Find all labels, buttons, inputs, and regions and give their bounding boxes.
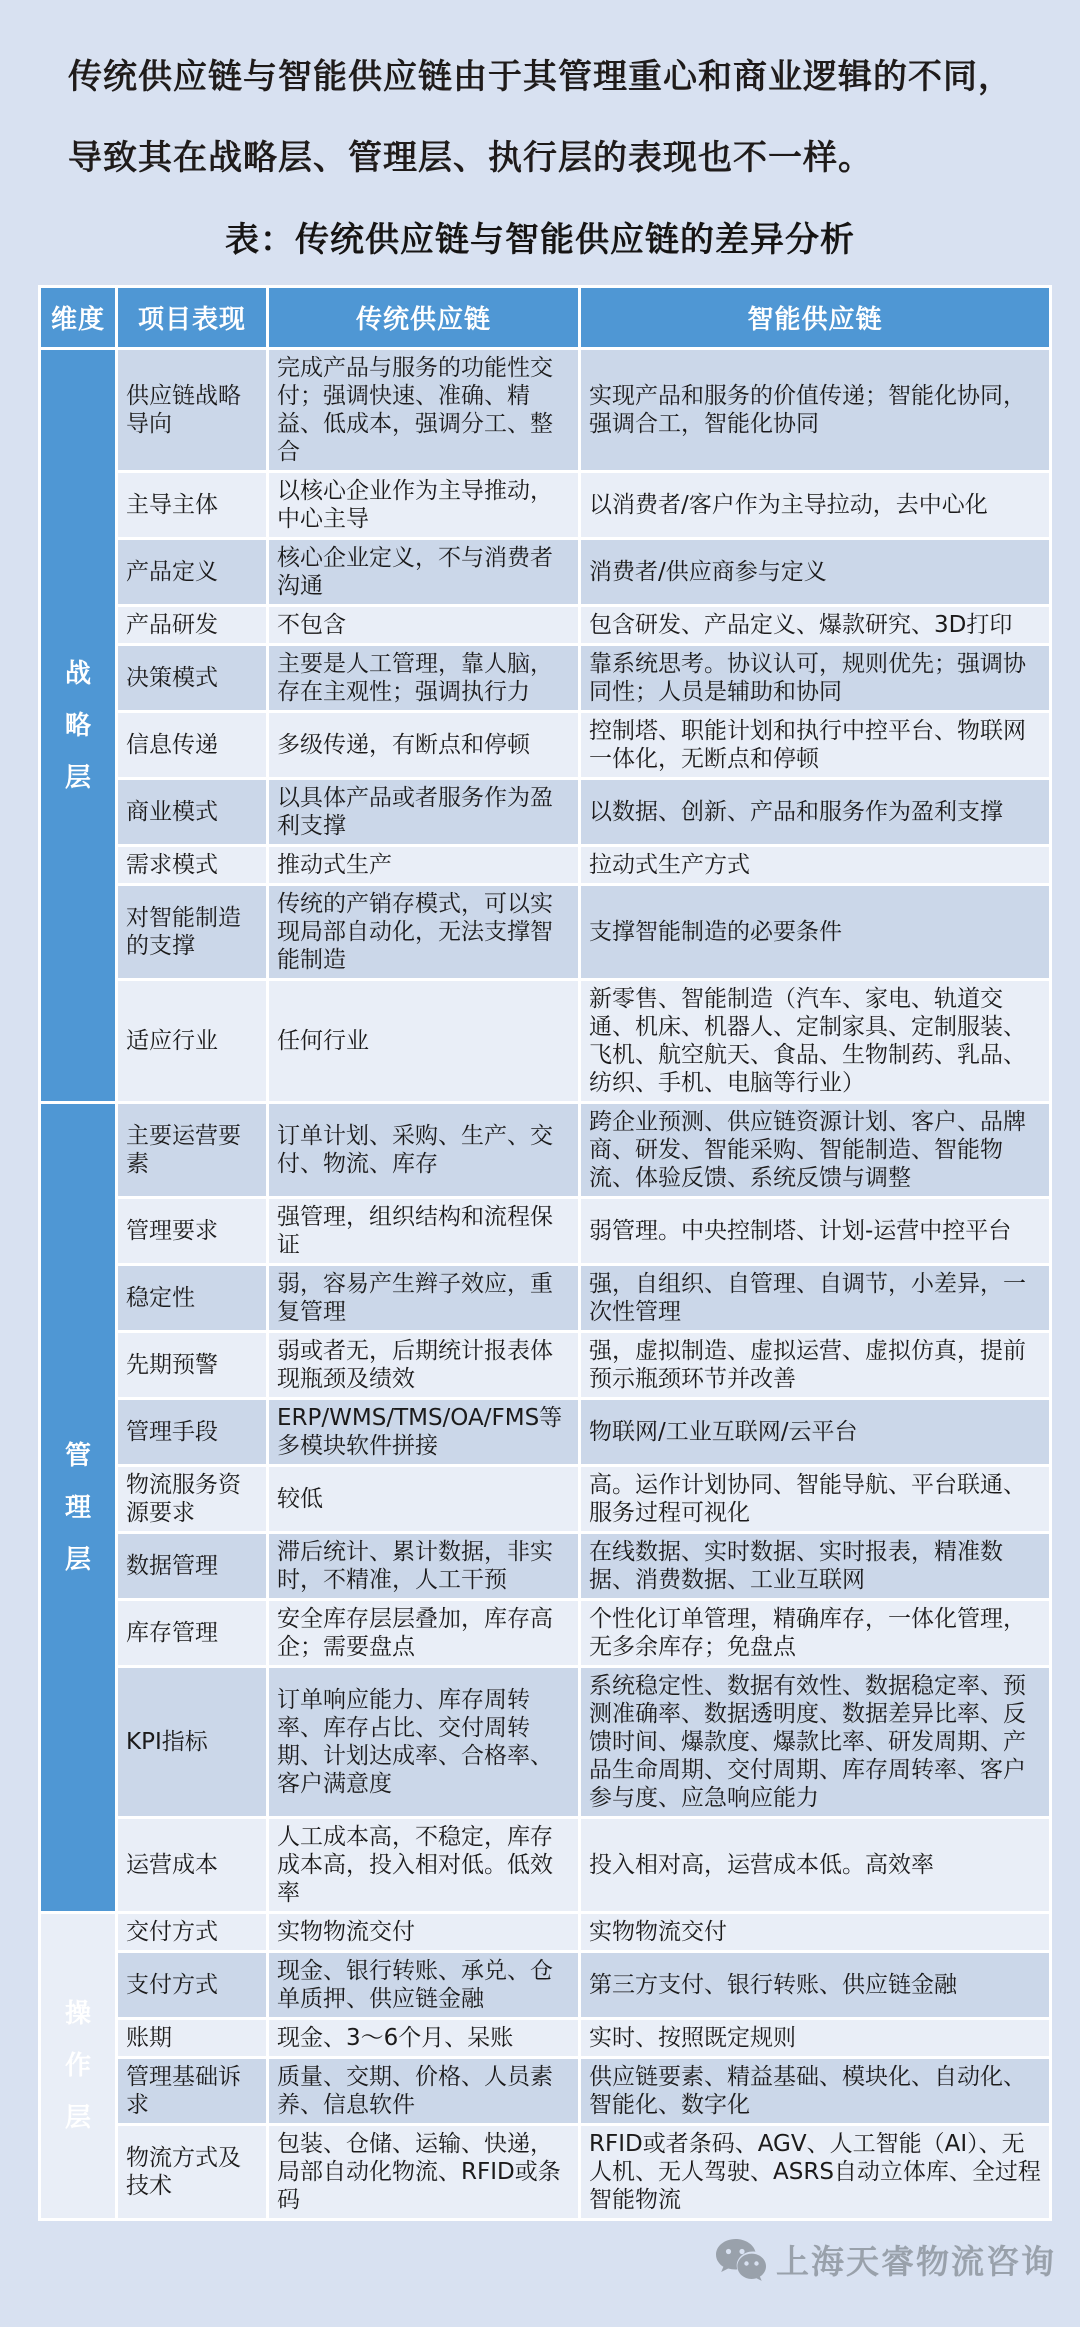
traditional-cell: 滞后统计、累计数据，非实时，不精准，人工干预: [269, 1534, 578, 1598]
item-cell: 运营成本: [118, 1819, 266, 1911]
item-cell: 数据管理: [118, 1534, 266, 1598]
intelligent-cell: 实现产品和服务的价值传递；智能化协同，强调合工，智能化协同: [581, 350, 1049, 470]
traditional-cell: 安全库存层层叠加，库存高企；需要盘点: [269, 1601, 578, 1665]
intelligent-cell: 强，虚拟制造、虚拟运营、虚拟仿真，提前预示瓶颈环节并改善: [581, 1333, 1049, 1397]
traditional-cell: ERP/WMS/TMS/OA/FMS等多模块软件拼接: [269, 1400, 578, 1464]
item-cell: 先期预警: [118, 1333, 266, 1397]
table-row: 管理要求强管理，组织结构和流程保证弱管理。中央控制塔、计划-运营中控平台: [41, 1199, 1049, 1263]
intelligent-cell: 以数据、创新、产品和服务作为盈利支撑: [581, 780, 1049, 844]
intelligent-cell: 个性化订单管理，精确库存，一体化管理，无多余库存；免盘点: [581, 1601, 1049, 1665]
table-row: 运营成本人工成本高，不稳定，库存成本高，投入相对低。低效率投入相对高，运营成本低…: [41, 1819, 1049, 1911]
comparison-table: 维度 项目表现 传统供应链 智能供应链 战略层供应链战略导向完成产品与服务的功能…: [38, 285, 1052, 2221]
item-cell: 主导主体: [118, 473, 266, 537]
dimension-cell: 操作层: [41, 1914, 115, 2218]
col-header-traditional: 传统供应链: [269, 288, 578, 347]
intelligent-cell: 包含研发、产品定义、爆款研究、3D打印: [581, 607, 1049, 643]
dimension-cell: 战略层: [41, 350, 115, 1101]
item-cell: 决策模式: [118, 646, 266, 710]
intelligent-cell: 强，自组织、自管理、自调节，小差异，一次性管理: [581, 1266, 1049, 1330]
table-row: 商业模式以具体产品或者服务作为盈利支撑以数据、创新、产品和服务作为盈利支撑: [41, 780, 1049, 844]
item-cell: 交付方式: [118, 1914, 266, 1950]
intelligent-cell: 靠系统思考。协议认可，规则优先；强调协同性；人员是辅助和协同: [581, 646, 1049, 710]
table-row: 管理手段ERP/WMS/TMS/OA/FMS等多模块软件拼接物联网/工业互联网/…: [41, 1400, 1049, 1464]
traditional-cell: 包装、仓储、运输、快递，局部自动化物流、RFID或条码: [269, 2126, 578, 2218]
intelligent-cell: 跨企业预测、供应链资源计划、客户、品牌商、研发、智能采购、智能制造、智能物流、体…: [581, 1104, 1049, 1196]
item-cell: 适应行业: [118, 981, 266, 1101]
item-cell: 管理要求: [118, 1199, 266, 1263]
col-header-dimension: 维度: [41, 288, 115, 347]
item-cell: 商业模式: [118, 780, 266, 844]
traditional-cell: 订单计划、采购、生产、交付、物流、库存: [269, 1104, 578, 1196]
table-row: 产品定义核心企业定义，不与消费者沟通消费者/供应商参与定义: [41, 540, 1049, 604]
traditional-cell: 弱或者无，后期统计报表体现瓶颈及绩效: [269, 1333, 578, 1397]
traditional-cell: 较低: [269, 1467, 578, 1531]
table-row: 操作层交付方式实物物流交付实物物流交付: [41, 1914, 1049, 1950]
table-header-row: 维度 项目表现 传统供应链 智能供应链: [41, 288, 1049, 347]
item-cell: 账期: [118, 2020, 266, 2056]
table-row: 物流服务资源要求较低高。运作计划协同、智能导航、平台联通、服务过程可视化: [41, 1467, 1049, 1531]
intelligent-cell: 实物物流交付: [581, 1914, 1049, 1950]
traditional-cell: 传统的产销存模式，可以实现局部自动化，无法支撑智能制造: [269, 886, 578, 978]
traditional-cell: 核心企业定义，不与消费者沟通: [269, 540, 578, 604]
table-section-2: 管理层主要运营要素订单计划、采购、生产、交付、物流、库存跨企业预测、供应链资源计…: [41, 1104, 1049, 1911]
table-row: 管理层主要运营要素订单计划、采购、生产、交付、物流、库存跨企业预测、供应链资源计…: [41, 1104, 1049, 1196]
intelligent-cell: 实时、按照既定规则: [581, 2020, 1049, 2056]
intelligent-cell: 投入相对高，运营成本低。高效率: [581, 1819, 1049, 1911]
table-row: 信息传递多级传递，有断点和停顿控制塔、职能计划和执行中控平台、物联网一体化，无断…: [41, 713, 1049, 777]
item-cell: 供应链战略导向: [118, 350, 266, 470]
traditional-cell: 完成产品与服务的功能性交付；强调快速、准确、精益、低成本，强调分工、整合: [269, 350, 578, 470]
traditional-cell: 弱，容易产生辫子效应，重复管理: [269, 1266, 578, 1330]
intelligent-cell: 供应链要素、精益基础、模块化、自动化、智能化、数字化: [581, 2059, 1049, 2123]
intelligent-cell: 在线数据、实时数据、实时报表，精准数据、消费数据、工业互联网: [581, 1534, 1049, 1598]
dimension-cell: 管理层: [41, 1104, 115, 1911]
col-header-intelligent: 智能供应链: [581, 288, 1049, 347]
intelligent-cell: RFID或者条码、AGV、人工智能（AI）、无人机、无人驾驶、ASRS自动立体库…: [581, 2126, 1049, 2218]
item-cell: 物流服务资源要求: [118, 1467, 266, 1531]
table-row: 物流方式及技术包装、仓储、运输、快递，局部自动化物流、RFID或条码RFID或者…: [41, 2126, 1049, 2218]
intelligent-cell: 拉动式生产方式: [581, 847, 1049, 883]
intro-text-line1: 传统供应链与智能供应链由于其管理重心和商业逻辑的不同，: [68, 58, 1040, 97]
table-row: 先期预警弱或者无，后期统计报表体现瓶颈及绩效强，虚拟制造、虚拟运营、虚拟仿真，提…: [41, 1333, 1049, 1397]
intelligent-cell: 以消费者/客户作为主导拉动，去中心化: [581, 473, 1049, 537]
table-row: 战略层供应链战略导向完成产品与服务的功能性交付；强调快速、准确、精益、低成本，强…: [41, 350, 1049, 470]
table-row: 数据管理滞后统计、累计数据，非实时，不精准，人工干预在线数据、实时数据、实时报表…: [41, 1534, 1049, 1598]
item-cell: 信息传递: [118, 713, 266, 777]
intelligent-cell: 支撑智能制造的必要条件: [581, 886, 1049, 978]
traditional-cell: 主要是人工管理，靠人脑，存在主观性；强调执行力: [269, 646, 578, 710]
table-section-3: 操作层交付方式实物物流交付实物物流交付支付方式现金、银行转账、承兑、仓单质押、供…: [41, 1914, 1049, 2218]
traditional-cell: 现金、3～6个月、呆账: [269, 2020, 578, 2056]
item-cell: 库存管理: [118, 1601, 266, 1665]
item-cell: 支付方式: [118, 1953, 266, 2017]
traditional-cell: 多级传递，有断点和停顿: [269, 713, 578, 777]
item-cell: 物流方式及技术: [118, 2126, 266, 2218]
intelligent-cell: 消费者/供应商参与定义: [581, 540, 1049, 604]
table-row: 账期现金、3～6个月、呆账实时、按照既定规则: [41, 2020, 1049, 2056]
col-header-item: 项目表现: [118, 288, 266, 347]
traditional-cell: 推动式生产: [269, 847, 578, 883]
item-cell: 产品定义: [118, 540, 266, 604]
table-row: 稳定性弱，容易产生辫子效应，重复管理强，自组织、自管理、自调节，小差异，一次性管…: [41, 1266, 1049, 1330]
item-cell: 管理手段: [118, 1400, 266, 1464]
intelligent-cell: 控制塔、职能计划和执行中控平台、物联网一体化，无断点和停顿: [581, 713, 1049, 777]
traditional-cell: 订单响应能力、库存周转率、库存占比、交付周转期、计划达成率、合格率、客户满意度: [269, 1668, 578, 1816]
traditional-cell: 强管理，组织结构和流程保证: [269, 1199, 578, 1263]
traditional-cell: 以核心企业作为主导推动，中心主导: [269, 473, 578, 537]
watermark: 上海天睿物流咨询: [714, 2236, 1056, 2283]
intelligent-cell: 新零售、智能制造（汽车、家电、轨道交通、机床、机器人、定制家具、定制服装、飞机、…: [581, 981, 1049, 1101]
wechat-icon: [714, 2237, 768, 2283]
table-row: 主导主体以核心企业作为主导推动，中心主导以消费者/客户作为主导拉动，去中心化: [41, 473, 1049, 537]
traditional-cell: 以具体产品或者服务作为盈利支撑: [269, 780, 578, 844]
traditional-cell: 人工成本高，不稳定，库存成本高，投入相对低。低效率: [269, 1819, 578, 1911]
table-row: 需求模式推动式生产拉动式生产方式: [41, 847, 1049, 883]
intelligent-cell: 第三方支付、银行转账、供应链金融: [581, 1953, 1049, 2017]
item-cell: 需求模式: [118, 847, 266, 883]
item-cell: 管理基础诉求: [118, 2059, 266, 2123]
brand-text: 上海天睿物流咨询: [776, 2236, 1056, 2283]
intelligent-cell: 物联网/工业互联网/云平台: [581, 1400, 1049, 1464]
table-row: KPI指标订单响应能力、库存周转率、库存占比、交付周转期、计划达成率、合格率、客…: [41, 1668, 1049, 1816]
traditional-cell: 实物物流交付: [269, 1914, 578, 1950]
item-cell: 产品研发: [118, 607, 266, 643]
intelligent-cell: 高。运作计划协同、智能导航、平台联通、服务过程可视化: [581, 1467, 1049, 1531]
item-cell: 对智能制造的支撑: [118, 886, 266, 978]
table-row: 库存管理安全库存层层叠加，库存高企；需要盘点个性化订单管理，精确库存，一体化管理…: [41, 1601, 1049, 1665]
table-row: 管理基础诉求质量、交期、价格、人员素养、信息软件供应链要素、精益基础、模块化、自…: [41, 2059, 1049, 2123]
traditional-cell: 不包含: [269, 607, 578, 643]
table-row: 适应行业任何行业新零售、智能制造（汽车、家电、轨道交通、机床、机器人、定制家具、…: [41, 981, 1049, 1101]
item-cell: 稳定性: [118, 1266, 266, 1330]
table-caption: 表：传统供应链与智能供应链的差异分析: [20, 212, 1060, 261]
table-section-1: 战略层供应链战略导向完成产品与服务的功能性交付；强调快速、准确、精益、低成本，强…: [41, 350, 1049, 1101]
intro-text-line2: 导致其在战略层、管理层、执行层的表现也不一样。: [68, 139, 1040, 178]
item-cell: 主要运营要素: [118, 1104, 266, 1196]
table-row: 对智能制造的支撑传统的产销存模式，可以实现局部自动化，无法支撑智能制造支撑智能制…: [41, 886, 1049, 978]
intelligent-cell: 系统稳定性、数据有效性、数据稳定率、预测准确率、数据透明度、数据差异比率、反馈时…: [581, 1668, 1049, 1816]
item-cell: KPI指标: [118, 1668, 266, 1816]
table-row: 决策模式主要是人工管理，靠人脑，存在主观性；强调执行力靠系统思考。协议认可，规则…: [41, 646, 1049, 710]
table-row: 产品研发不包含包含研发、产品定义、爆款研究、3D打印: [41, 607, 1049, 643]
traditional-cell: 现金、银行转账、承兑、仓单质押、供应链金融: [269, 1953, 578, 2017]
traditional-cell: 任何行业: [269, 981, 578, 1101]
table-row: 支付方式现金、银行转账、承兑、仓单质押、供应链金融第三方支付、银行转账、供应链金…: [41, 1953, 1049, 2017]
traditional-cell: 质量、交期、价格、人员素养、信息软件: [269, 2059, 578, 2123]
intelligent-cell: 弱管理。中央控制塔、计划-运营中控平台: [581, 1199, 1049, 1263]
